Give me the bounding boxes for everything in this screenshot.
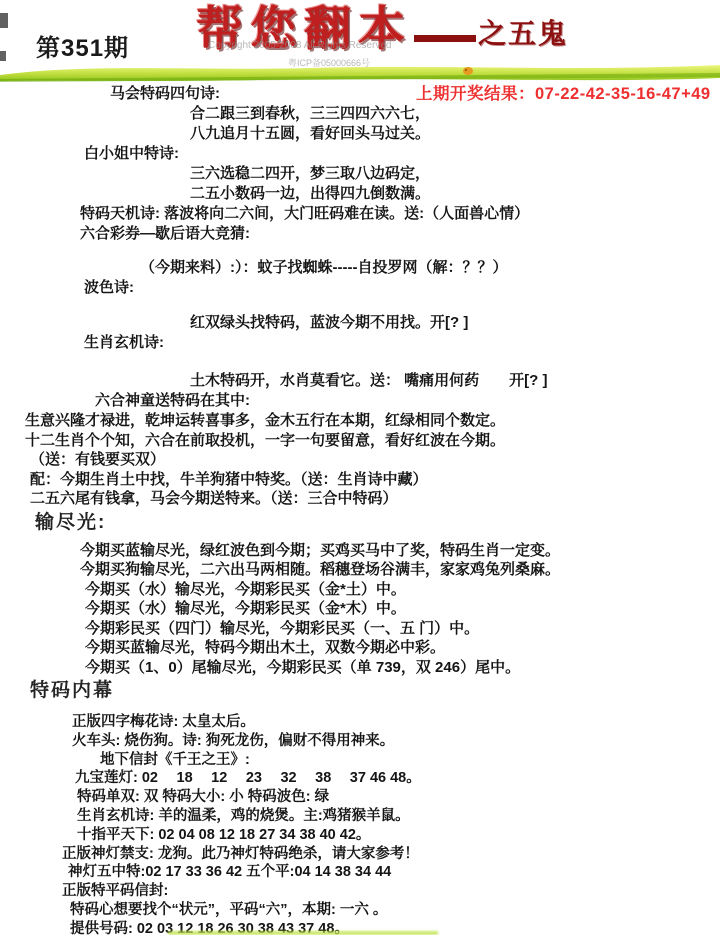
section-title-shujinguang: 输尽光:	[35, 511, 720, 535]
lottery-tip-sheet: 第351期 帮您翻本 之五鬼 Copyright 2005-2008 All R…	[0, 0, 720, 935]
heading-bose-poem: 波色诗:	[84, 278, 720, 298]
tianji-poem-line: 特码天机诗: 落波将向二六间，大门旺码难在读。送:（人面兽心情）	[80, 204, 720, 224]
heading-baixiaojie: 白小姐中特诗:	[84, 144, 720, 164]
neimu-line-huochetou: 火车头: 烧伤狗。诗: 狗死龙伤，偏财不得用神来。	[72, 732, 720, 751]
shengxiao-poem-line: 土木特码开，水肖莫看它。送： 嘴痛用何药 开[? ]	[190, 371, 720, 391]
neimu-line-tepingma: 正版特平码信封:	[62, 882, 720, 901]
heading-siju-poem: 马会特码四句诗:	[110, 84, 720, 104]
heading-shentong: 六合神童送特码在其中:	[95, 391, 720, 411]
heading-xiehouyu: 六合彩券—歇后语大竞猜:	[80, 224, 720, 244]
shujinguang-line: 今期买（水）输尽光，今期彩民买（金*木）中。	[85, 599, 720, 619]
shujinguang-line: 今期买蓝输尽光，特码今期出木土，双数今期必中彩。	[85, 638, 720, 658]
shujinguang-line: 今期买（1、0）尾输尽光，今期彩民买（单 739，双 246）尾中。	[85, 658, 720, 678]
neimu-line-shendeng-te: 神灯五中特:02 17 33 36 42 五个平:04 14 38 34 44	[68, 863, 720, 882]
bose-poem-line: 红双绿头找特码，蓝波今期不用找。开[? ]	[190, 313, 720, 333]
neimu-line-danshuang: 特码单双: 双 特码大小: 小 特码波色: 绿	[77, 788, 720, 807]
neimu-line-jiubao: 九宝莲灯: 02 18 12 23 32 38 37 46 48。	[75, 769, 720, 788]
shujinguang-line: 今期买狗输尽光，二六出马两相随。稻穗登场谷满丰，家家鸡兔列桑麻。	[80, 560, 720, 580]
neimu-line-zhuangyuan: 特码心想要找个“状元”，平码“六”，本期: 一六 。	[70, 901, 720, 920]
watermark-line1: Copyright 2005-2008 All Rights Reserved	[208, 40, 391, 51]
neimu-line-shendeng-jin: 正版神灯禁支: 龙狗。此乃神灯特码绝杀，请大家参考！	[62, 845, 720, 864]
scan-artifact-green	[168, 931, 438, 935]
shentong-poem-line: 十二生肖个个知，六合在前取投机，一字一句要留意，看好红波在今期。	[25, 431, 720, 451]
masthead-subtitle: 之五鬼	[478, 20, 568, 50]
pei-line: 配：今期生肖土中找，牛羊狗猪中特奖。（送：生肖诗中藏）	[30, 470, 720, 490]
heading-shengxiao-poem: 生肖玄机诗:	[84, 333, 720, 353]
weishu-line: 二五六尾有钱拿，马会今期送特来。（送：三合中特码）	[30, 489, 720, 509]
neimu-line-shengxiao: 生肖玄机诗: 羊的温柔，鸡的烧煲。主:鸡猪猴羊鼠。	[77, 807, 720, 826]
poem-line: 三六选稳二四开，梦三取八边码定，	[190, 164, 720, 184]
gift-line: （送：有钱要买双）	[30, 450, 720, 470]
sheet-body: 马会特码四句诗: 合二跟三到春秋，三三四四六六七， 八九追月十五圆，看好回头马过…	[0, 84, 720, 935]
masthead-dash	[414, 35, 476, 42]
poem-line: 二五小数码一边，出得四九倒数满。	[190, 184, 720, 204]
neimu-line-shizhi: 十指平天下: 02 04 08 12 18 27 34 38 40 42。	[77, 826, 720, 845]
xiehouyu-line: （今期来料）:）：蚊子找蜘蛛-----自投罗网（解：？？）	[140, 258, 720, 278]
shujinguang-line: 今期买（水）输尽光，今期彩民买（金*土）中。	[85, 580, 720, 600]
issue-number: 第351期	[36, 28, 129, 63]
section-title-neimu: 特码内幕	[30, 679, 720, 703]
shujinguang-line: 今期彩民买（四门）输尽光，今期彩民买（一、五 门）中。	[85, 619, 720, 639]
scan-artifact	[0, 13, 8, 28]
poem-line: 八九追月十五圆，看好回头马过关。	[190, 124, 720, 144]
shujinguang-line: 今期买蓝输尽光，绿红波色到今期；买鸡买马中了奖，特码生肖一定变。	[80, 541, 720, 561]
shentong-poem-line: 生意兴隆才禄进，乾坤运转喜事多，金木五行在本期，红绿相同个数定。	[25, 411, 720, 431]
poem-line: 合二跟三到春秋，三三四四六六七，	[190, 104, 720, 124]
ladybug-icon	[463, 67, 473, 75]
neimu-line-meihua: 正版四字梅花诗: 太皇太后。	[72, 713, 720, 732]
neimu-line-xinfeng: 地下信封《千王之王》:	[100, 751, 720, 770]
